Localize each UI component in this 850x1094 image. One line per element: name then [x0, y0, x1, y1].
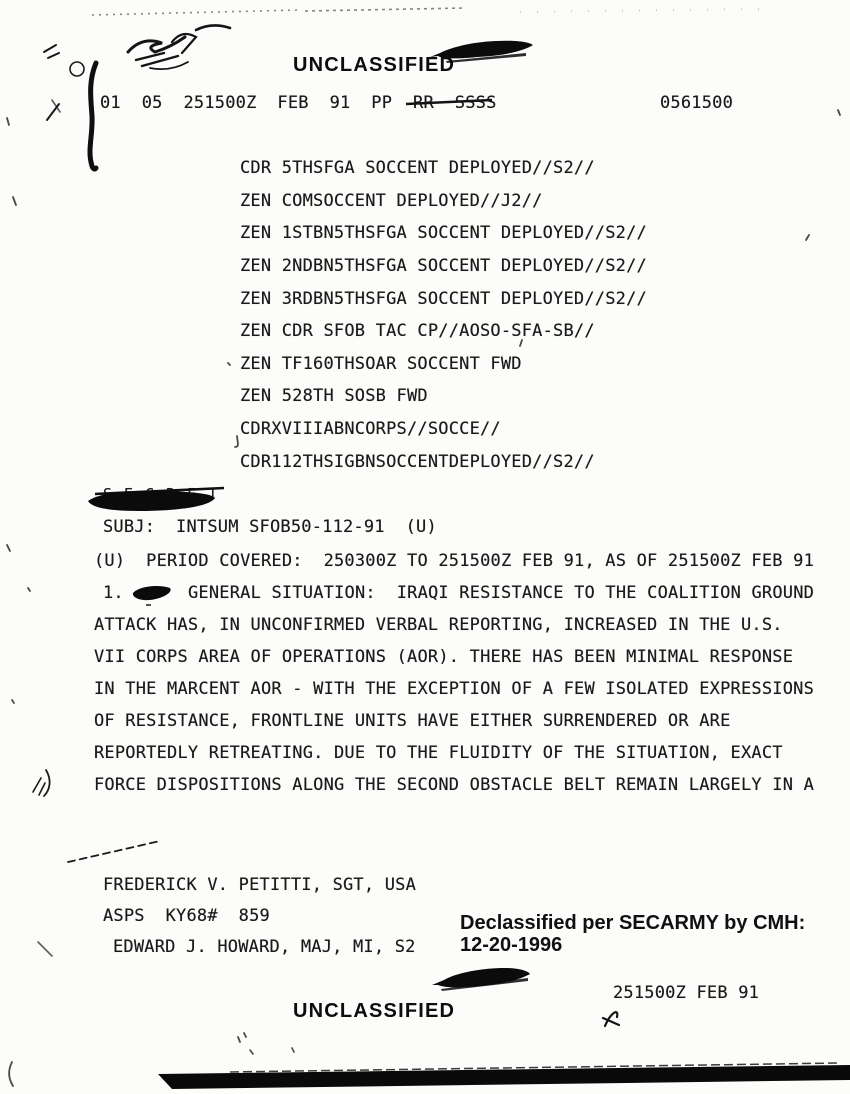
addressee-line: ZEN CDR SFOB TAC CP//AOSO-SFA-SB// — [240, 323, 595, 340]
pen-slash-mark — [47, 104, 59, 120]
declassification-stamp-line2: 12-20-1996 — [460, 934, 562, 956]
scan-edge-bar — [158, 1063, 850, 1089]
addressee-line: ZEN COMSOCCENT DEPLOYED//J2// — [240, 193, 543, 210]
addressee-line: ZEN 1STBN5THSFGA SOCCENT DEPLOYED//S2// — [240, 225, 647, 242]
top-classification-banner: UNCLASSIFIED — [293, 54, 455, 77]
body-line: FORCE DISPOSITIONS ALONG THE SECOND OBST… — [94, 777, 814, 794]
paragraph-number: 1. — [103, 585, 124, 602]
body-line: REPORTEDLY RETREATING. DUE TO THE FLUIDI… — [94, 745, 783, 762]
body-line: IN THE MARCENT AOR - WITH THE EXCEPTION … — [94, 681, 814, 698]
signature-name-line: FREDERICK V. PETITTI, SGT, USA — [103, 877, 416, 894]
pen-marks-signature — [33, 770, 160, 956]
addressee-line: CDR 5THSFGA SOCCENT DEPLOYED//S2// — [240, 160, 595, 177]
redaction-blob-paragraph — [133, 586, 171, 606]
footer-datetime: 251500Z FEB 91 — [613, 985, 759, 1002]
serial-number: 0561500 — [660, 95, 733, 112]
routing-text: 01 05 251500Z FEB 91 PP RR — [100, 93, 455, 113]
declassification-stamp-line1: Declassified per SECARMY by CMH: — [460, 912, 805, 934]
pen-bracket-stroke — [90, 63, 96, 169]
routing-line: 01 05 251500Z FEB 91 PP RR SSSS — [100, 95, 497, 112]
addressee-line: ZEN 2NDBN5THSFGA SOCCENT DEPLOYED//S2// — [240, 258, 647, 275]
redaction-stamp-bottom — [432, 968, 530, 991]
top-edge-speckles — [92, 8, 760, 15]
period-covered-line: (U) PERIOD COVERED: 250300Z TO 251500Z F… — [94, 553, 814, 570]
addressee-line: CDR112THSIGBNSOCCENTDEPLOYED//S2// — [240, 454, 595, 471]
document-page: UNCLASSIFIED 01 05 251500Z FEB 91 PP RR … — [0, 0, 850, 1094]
body-line: GENERAL SITUATION: IRAQI RESISTANCE TO T… — [188, 585, 814, 602]
addressee-line: ZEN TF160THSOAR SOCCENT FWD — [240, 356, 522, 373]
struck-precedence-code: SSSS — [455, 93, 497, 113]
bottom-left-specks — [9, 1033, 294, 1086]
addressee-line: ZEN 3RDBN5THSFGA SOCCENT DEPLOYED//S2// — [240, 291, 647, 308]
signature-officer-line: EDWARD J. HOWARD, MAJ, MI, S2 — [113, 939, 416, 956]
signature-unit-line: ASPS KY68# 859 — [103, 908, 270, 925]
body-line: ATTACK HAS, IN UNCONFIRMED VERBAL REPORT… — [94, 617, 783, 634]
addressee-line: ZEN 528TH SOSB FWD — [240, 388, 428, 405]
body-line: OF RESISTANCE, FRONTLINE UNITS HAVE EITH… — [94, 713, 731, 730]
redacted-classification-marking: S E C R E T — [103, 486, 219, 503]
bottom-classification-banner: UNCLASSIFIED — [293, 1000, 455, 1023]
pen-flourish-bottom-right — [603, 1012, 619, 1026]
pen-circle-mark — [70, 62, 84, 76]
addressee-line: CDRXVIIIABNCORPS//SOCCE// — [240, 421, 501, 438]
subject-line: SUBJ: INTSUM SFOB50-112-91 (U) — [103, 519, 437, 536]
body-line: VII CORPS AREA OF OPERATIONS (AOR). THER… — [94, 649, 793, 666]
